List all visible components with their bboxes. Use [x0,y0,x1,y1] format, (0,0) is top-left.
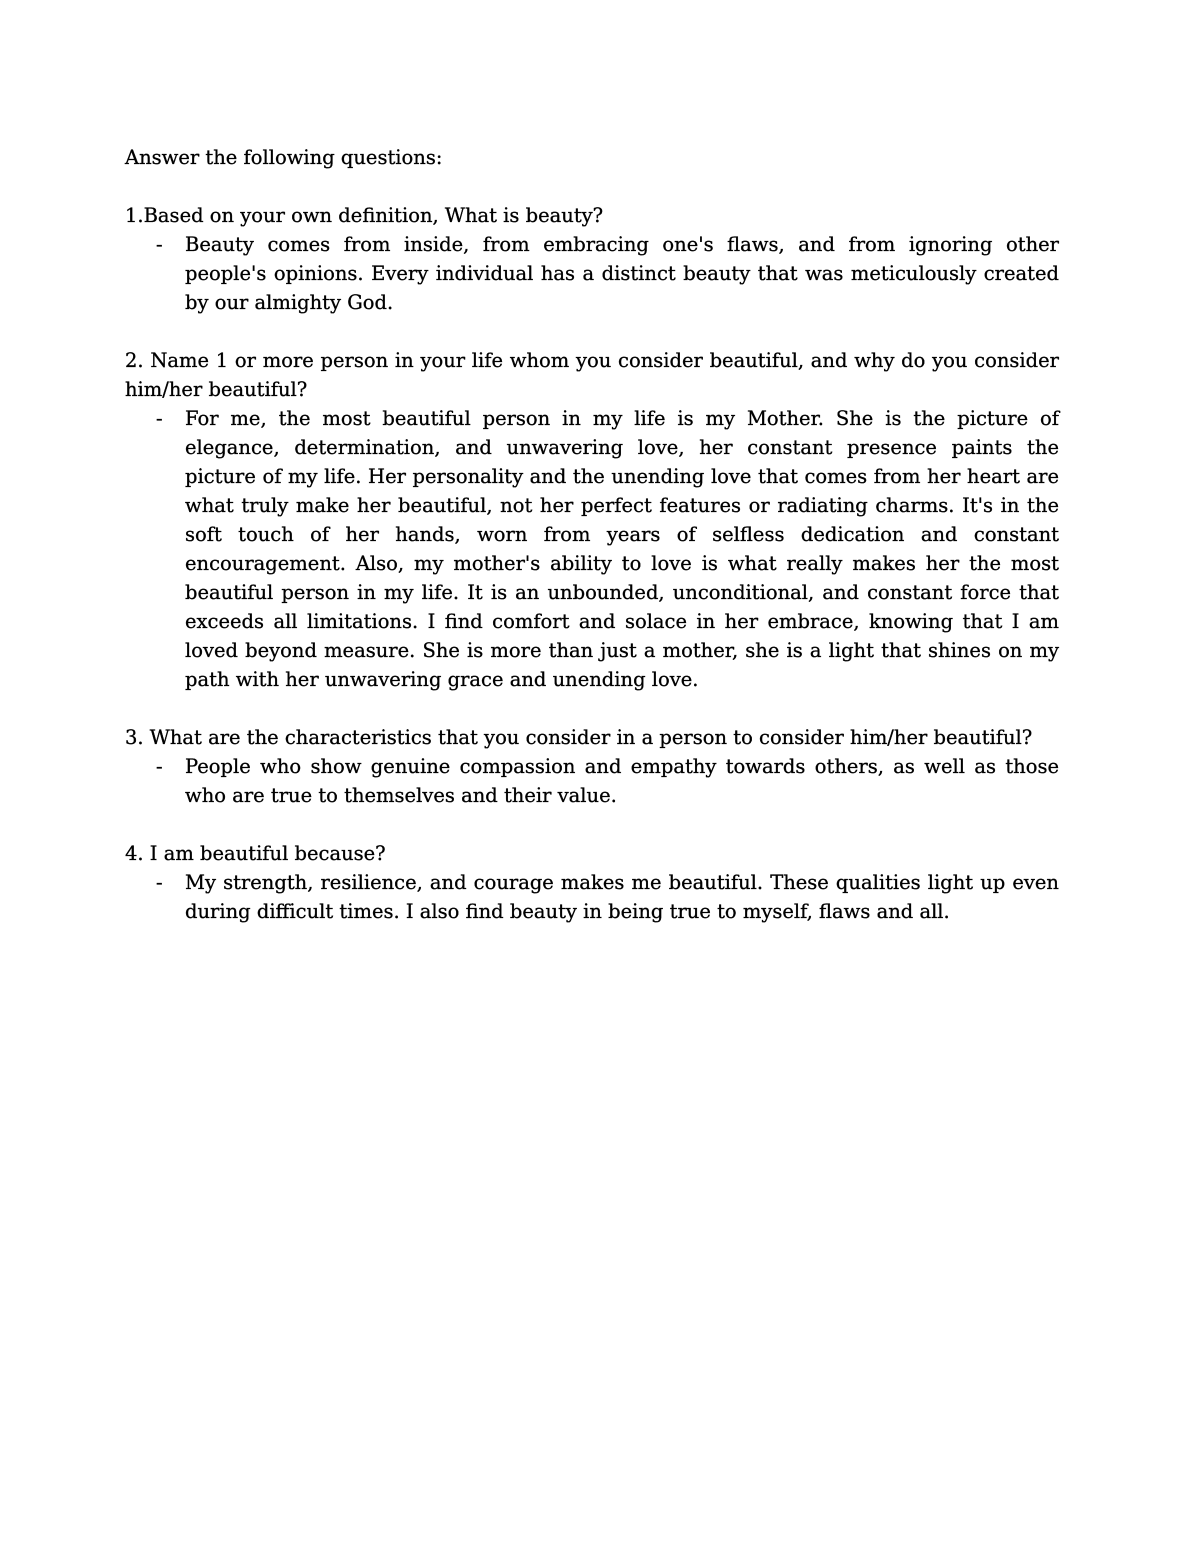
question-4-text: 4. I am beautiful because? [125,839,1059,868]
answer-3-text: People who show genuine compassion and e… [185,752,1059,810]
answer-4: - My strength, resilience, and courage m… [125,868,1059,926]
bullet-dash: - [156,752,163,781]
answer-1: - Beauty comes from inside, from embraci… [125,230,1059,317]
instructions-heading: Answer the following questions: [125,143,1059,172]
question-1-text: 1.Based on your own definition, What is … [125,201,1059,230]
document-page: Answer the following questions: 1.Based … [0,0,1200,1553]
question-block-3: 3. What are the characteristics that you… [125,723,1059,810]
question-3-text: 3. What are the characteristics that you… [125,723,1059,752]
question-block-4: 4. I am beautiful because? - My strength… [125,839,1059,926]
bullet-dash: - [156,868,163,897]
answer-2-text: For me, the most beautiful person in my … [185,404,1059,694]
answer-1-text: Beauty comes from inside, from embracing… [185,230,1059,317]
bullet-dash: - [156,404,163,433]
answer-2: - For me, the most beautiful person in m… [125,404,1059,694]
answer-4-text: My strength, resilience, and courage mak… [185,868,1059,926]
question-block-2: 2. Name 1 or more person in your life wh… [125,346,1059,694]
bullet-dash: - [156,230,163,259]
question-2-text: 2. Name 1 or more person in your life wh… [125,346,1059,404]
question-block-1: 1.Based on your own definition, What is … [125,201,1059,317]
answer-3: - People who show genuine compassion and… [125,752,1059,810]
